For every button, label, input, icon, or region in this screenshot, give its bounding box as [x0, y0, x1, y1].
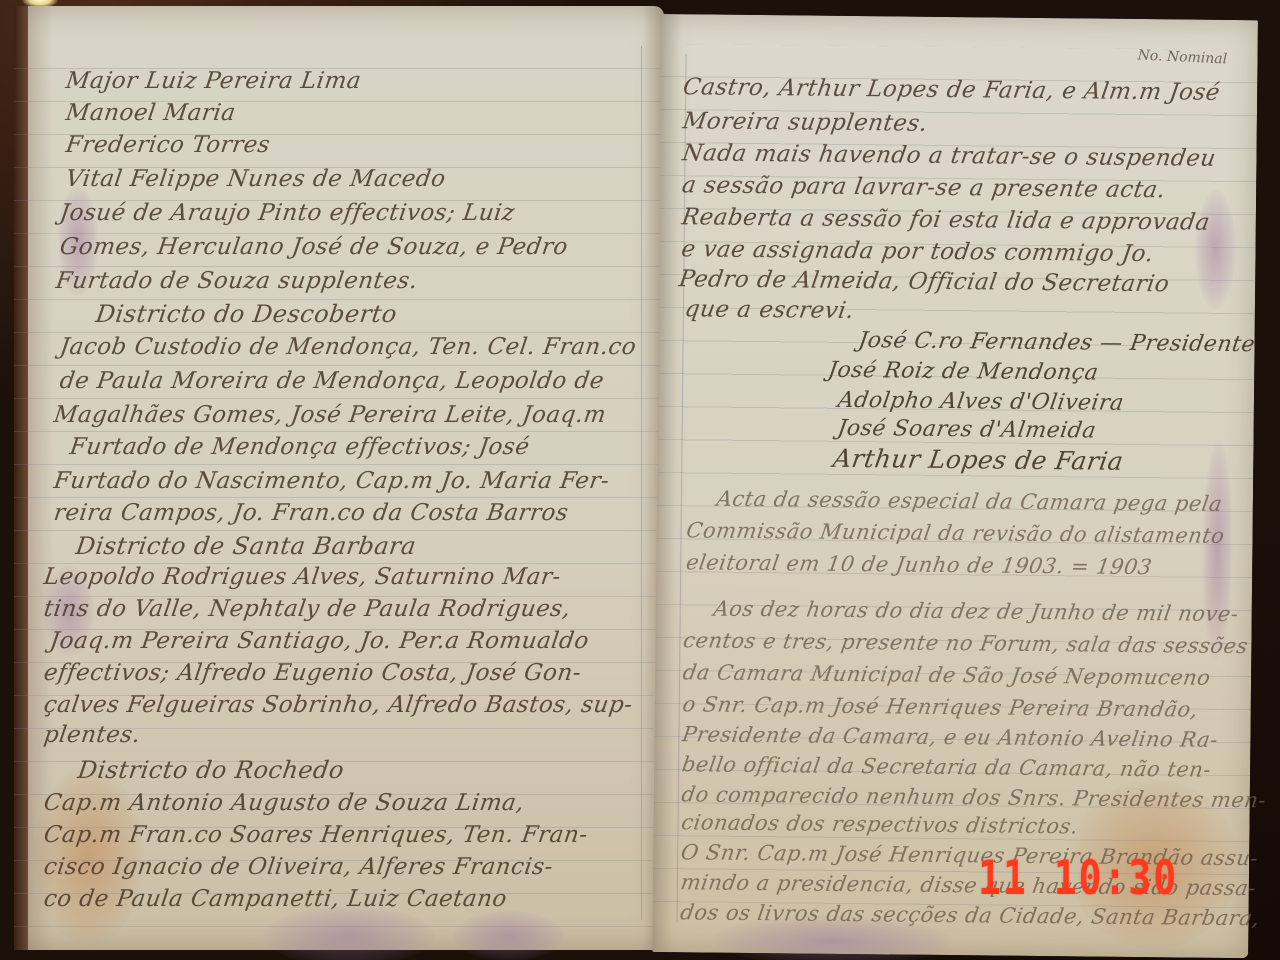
minutes-body-line: Presidente da Camara, e eu Antonio Aveli… — [681, 722, 1220, 752]
handwritten-line: a sessão para lavrar-se a presente acta. — [680, 172, 1167, 203]
signature: José Soares d'Almeida — [836, 416, 1098, 444]
minutes-body-line: cionados dos respectivos districtos. — [680, 810, 1080, 838]
handwritten-line: Moreira supplentes. — [681, 108, 930, 137]
minutes-heading-line: Commissão Municipal da revisão do alista… — [685, 518, 1227, 548]
handwritten-line: Castro, Arthur Lopes de Faria, e Alm.m J… — [681, 74, 1222, 106]
handwritten-line: Nada mais havendo a tratar-se o suspende… — [681, 140, 1218, 172]
signature: José C.ro Fernandes — Presidente — [857, 328, 1257, 357]
minutes-body-line: Aos dez horas do dia dez de Junho de mil… — [712, 597, 1240, 626]
minutes-body-line: bello official da Secretaria da Camara, … — [680, 752, 1213, 782]
right-page: No. Nominal Castro, Arthur Lopes de Fari… — [652, 14, 1258, 958]
timestamp-time: 10:30 — [1054, 850, 1178, 905]
page-corner-note: No. Nominal — [1138, 47, 1228, 67]
minutes-heading-line: eleitoral em 10 de Junho de 1903. = 1903 — [684, 550, 1153, 579]
handwritten-line: Reaberta a sessão foi esta lida e approv… — [680, 204, 1212, 235]
signature: Arthur Lopes de Faria — [831, 444, 1125, 476]
minutes-body-line: o Snr. Cap.m José Henriques Pereira Bran… — [681, 692, 1200, 721]
signature: Adolpho Alves d'Oliveira — [836, 388, 1126, 416]
minutes-heading-line: Acta da sessão especial da Camara pega p… — [715, 487, 1224, 516]
minutes-body-line: centos e tres, presente no Forum, sala d… — [682, 628, 1250, 658]
left-page-lower-text: de S. Ribeiro, effectivos; Antonio Ber- — [14, 6, 664, 950]
minutes-body-line: do comparecido nenhum dos Snrs. Presiden… — [680, 782, 1268, 812]
handwritten-line: Pedro de Almeida, Official do Secretario — [677, 266, 1171, 297]
minutes-body-line: da Camara Municipal de São José Nepomuce… — [681, 660, 1212, 689]
timestamp-day: 11 — [978, 850, 1028, 905]
camera-timestamp-overlay: 1110:30 — [978, 850, 1178, 905]
handwritten-line: que a escrevi. — [683, 296, 856, 324]
handwritten-line: e vae assignada por todos commigo Jo. — [680, 236, 1156, 267]
signature: José Roiz de Mendonça — [826, 358, 1100, 386]
ink-stain — [1195, 190, 1236, 310]
ink-stain — [1201, 440, 1233, 660]
